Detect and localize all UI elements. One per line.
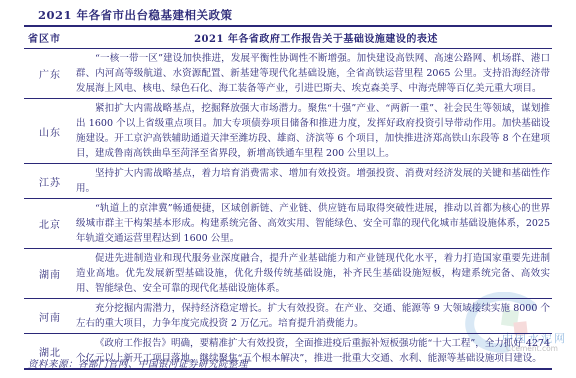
report-table-page: 中国水泥网 Ccement.com 2021 年各省市出台稳基建相关政策 省区市… [0,0,576,378]
province-cell: 北京 [24,216,76,231]
description-cell: 促进先进制造业和现代服务业深度融合，提升产业基础能力和产业链现代化水平，着力打造… [76,251,552,296]
table-body: 广东 “一核一带一区”建设加快推进，发展平衡性协调性不断增强。加快建设高铁网、高… [24,49,552,368]
source-note: 资料来源：各部门官网、中国银河证券研究院整理 [28,356,248,370]
table-row: 山东 紧扣扩大内需战略基点，挖掘释放强大市场潜力。聚焦“十强”产业、“两新一重”… [24,99,552,164]
description-cell: 紧扣扩大内需战略基点，挖掘释放强大市场潜力。聚焦“十强”产业、“两新一重”、社会… [76,101,552,161]
table-row: 江苏 坚持扩大内需战略基点，着力培育消费需求、增加有效投资。增强投资、消费对经济… [24,164,552,199]
description-cell: “轨道上的京津冀”畅通便捷，区域创新链、产业链、供应链布局取得突破性进展，推动以… [76,201,552,246]
table-title: 2021 年各省市出台稳基建相关政策 [38,7,233,23]
province-cell: 湖南 [24,266,76,281]
table-row: 北京 “轨道上的京津冀”畅通便捷，区域创新链、产业链、供应链布局取得突破性进展，… [24,199,552,249]
column-header-province: 省区市 [24,30,80,45]
province-cell: 江苏 [24,174,76,189]
policy-table: 省区市 2021 年各省政府工作报告关于基础设施建设的表述 广东 “一核一带一区… [24,25,552,370]
description-cell: 充分挖掘内需潜力，保持经济稳定增长。扩大有效投资。在产业、交通、能源等 9 大领… [76,301,552,331]
column-header-description: 2021 年各省政府工作报告关于基础设施建设的表述 [80,30,552,45]
table-row: 河南 充分挖掘内需潜力，保持经济稳定增长。扩大有效投资。在产业、交通、能源等 9… [24,299,552,334]
description-cell: 坚持扩大内需战略基点，着力培育消费需求、增加有效投资。增强投资、消费对经济发展的… [76,166,552,196]
table-header-row: 省区市 2021 年各省政府工作报告关于基础设施建设的表述 [24,27,552,49]
province-cell: 广东 [24,66,76,81]
table-row: 湖南 促进先进制造业和现代服务业深度融合，提升产业基础能力和产业链现代化水平，着… [24,249,552,299]
province-cell: 山东 [24,124,76,139]
table-row: 广东 “一核一带一区”建设加快推进，发展平衡性协调性不断增强。加快建设高铁网、高… [24,49,552,99]
description-cell: “一核一带一区”建设加快推进，发展平衡性协调性不断增强。加快建设高铁网、高速公路… [76,51,552,96]
province-cell: 河南 [24,309,76,324]
